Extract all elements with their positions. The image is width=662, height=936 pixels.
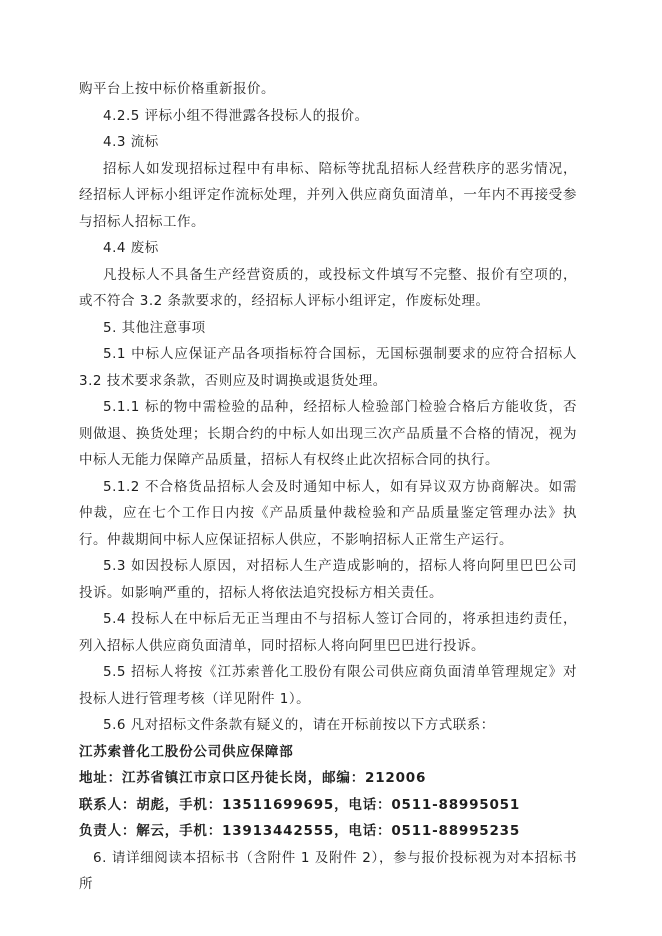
document-page: 购平台上按中标价格重新报价。 4.2.5 评标小组不得泄露各投标人的报价。 4.… [0, 0, 662, 936]
para-4-3-body: 招标人如发现招标过程中有串标、陪标等扰乱招标人经营秩序的恶劣情况，经招标人评标小… [79, 156, 577, 236]
clause-5-6: 5.6 凡对招标文件条款有疑义的，请在开标前按以下方式联系： [79, 712, 577, 739]
clause-6: 6. 请详细阅读本招标书（含附件 1 及附件 2），参与报价投标视为对本招标书所 [79, 845, 577, 898]
para-4-4-body: 凡投标人不具备生产经营资质的，或投标文件填写不完整、报价有空项的，或不符合 3.… [79, 262, 577, 315]
clause-5-1: 5.1 中标人应保证产品各项指标符合国标，无国标强制要求的应符合招标人 3.2 … [79, 341, 577, 394]
heading-4-3: 4.3 流标 [79, 129, 577, 156]
clause-5-5: 5.5 招标人将按《江苏索普化工股份有限公司供应商负面清单管理规定》对投标人进行… [79, 659, 577, 712]
clause-5-4: 5.4 投标人在中标后无正当理由不与招标人签订合同的，将承担违约责任，列入招标人… [79, 606, 577, 659]
clause-4-2-5: 4.2.5 评标小组不得泄露各投标人的报价。 [79, 103, 577, 130]
clause-5-3: 5.3 如因投标人原因，对招标人生产造成影响的，招标人将向阿里巴巴公司投诉。如影… [79, 553, 577, 606]
contact-manager: 负责人：解云，手机：13913442555，电话：0511-88995235 [79, 818, 577, 845]
document-text-block: 购平台上按中标价格重新报价。 4.2.5 评标小组不得泄露各投标人的报价。 4.… [79, 76, 577, 898]
heading-5: 5. 其他注意事项 [79, 315, 577, 342]
clause-continuation: 购平台上按中标价格重新报价。 [79, 76, 577, 103]
contact-person: 联系人：胡彪，手机：13511699695，电话：0511-88995051 [79, 792, 577, 819]
contact-department: 江苏索普化工股份公司供应保障部 [79, 739, 577, 766]
clause-5-1-1: 5.1.1 标的物中需检验的品种，经招标人检验部门检验合格后方能收货，否则做退、… [79, 394, 577, 474]
heading-4-4: 4.4 废标 [79, 235, 577, 262]
clause-5-1-2: 5.1.2 不合格货品招标人会及时通知中标人，如有异议双方协商解决。如需仲裁，应… [79, 474, 577, 554]
contact-address: 地址：江苏省镇江市京口区丹徒长岗，邮编：212006 [79, 765, 577, 792]
